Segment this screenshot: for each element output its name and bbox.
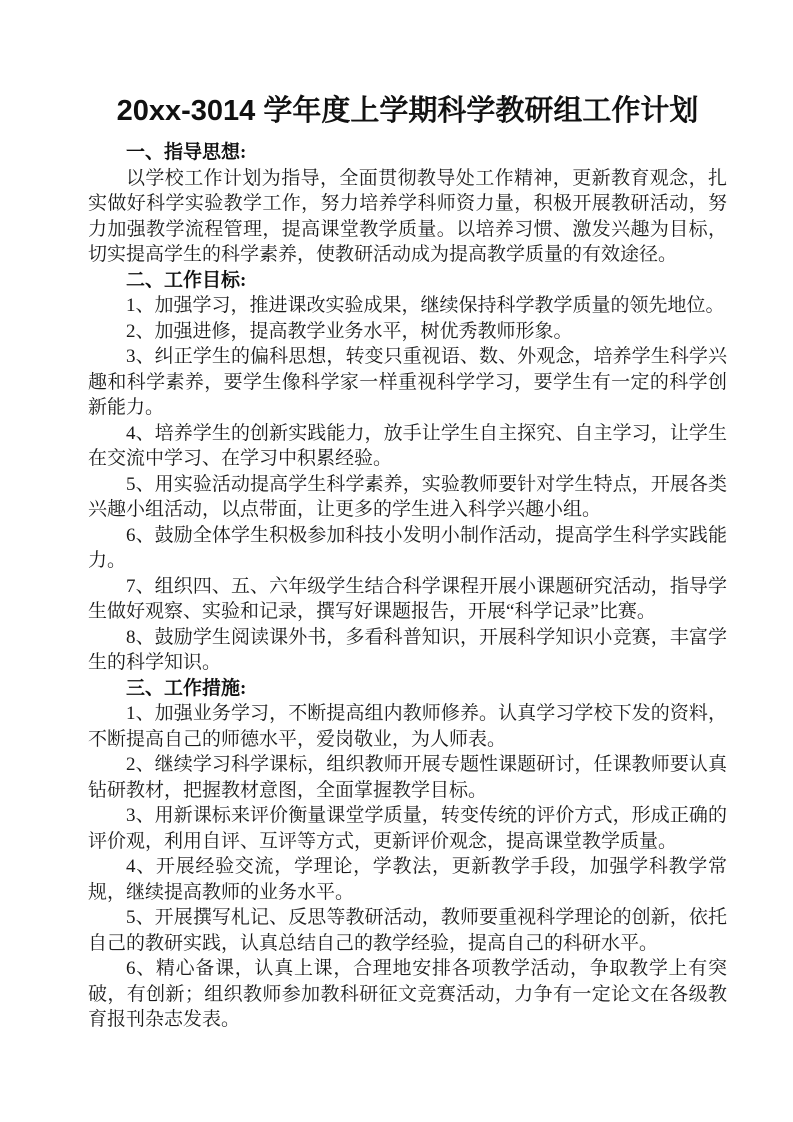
section-heading-guiding-ideology: 一、指导思想:: [88, 140, 727, 166]
paragraph-guiding-ideology: 以学校工作计划为指导，全面贯彻教导处工作精神，更新教育观念，扎实做好科学实验教学…: [88, 166, 727, 268]
work-measure-item-5: 5、开展撰写札记、反思等教研活动，教师要重视科学理论的创新，依托自己的教研实践，…: [88, 905, 727, 956]
work-goal-item-4: 4、培养学生的创新实践能力，放手让学生自主探究、自主学习，让学生在交流中学习、在…: [88, 421, 727, 472]
document-title: 20xx-3014 学年度上学期科学教研组工作计划: [88, 90, 727, 132]
work-goal-item-7: 7、组织四、五、六年级学生结合科学课程开展小课题研究活动，指导学生做好观察、实验…: [88, 574, 727, 625]
work-goal-item-8: 8、鼓励学生阅读课外书，多看科普知识，开展科学知识小竞赛，丰富学生的科学知识。: [88, 625, 727, 676]
work-measure-item-1: 1、加强业务学习，不断提高组内教师修养。认真学习学校下发的资料，不断提高自己的师…: [88, 701, 727, 752]
section-heading-work-measures: 三、工作措施:: [88, 676, 727, 702]
work-measure-item-4: 4、开展经验交流，学理论，学教法，更新教学手段，加强学科教学常规，继续提高教师的…: [88, 854, 727, 905]
document-page: 20xx-3014 学年度上学期科学教研组工作计划 一、指导思想: 以学校工作计…: [0, 0, 793, 1122]
section-heading-work-goals: 二、工作目标:: [88, 268, 727, 294]
work-measure-item-6: 6、精心备课，认真上课，合理地安排各项教学活动，争取教学上有突破，有创新；组织教…: [88, 956, 727, 1033]
work-goal-item-3: 3、纠正学生的偏科思想，转变只重视语、数、外观念，培养学生科学兴趣和科学素养，要…: [88, 344, 727, 421]
work-measure-item-3: 3、用新课标来评价衡量课堂学质量，转变传统的评价方式，形成正确的评价观，利用自评…: [88, 803, 727, 854]
work-goal-item-5: 5、用实验活动提高学生科学素养，实验教师要针对学生特点，开展各类兴趣小组活动，以…: [88, 472, 727, 523]
work-measure-item-2: 2、继续学习科学课标，组织教师开展专题性课题研讨，任课教师要认真钻研教材，把握教…: [88, 752, 727, 803]
work-goal-item-2: 2、加强进修，提高教学业务水平，树优秀教师形象。: [88, 319, 727, 345]
work-goal-item-6: 6、鼓励全体学生积极参加科技小发明小制作活动，提高学生科学实践能力。: [88, 523, 727, 574]
work-goal-item-1: 1、加强学习，推进课改实验成果，继续保持科学教学质量的领先地位。: [88, 293, 727, 319]
